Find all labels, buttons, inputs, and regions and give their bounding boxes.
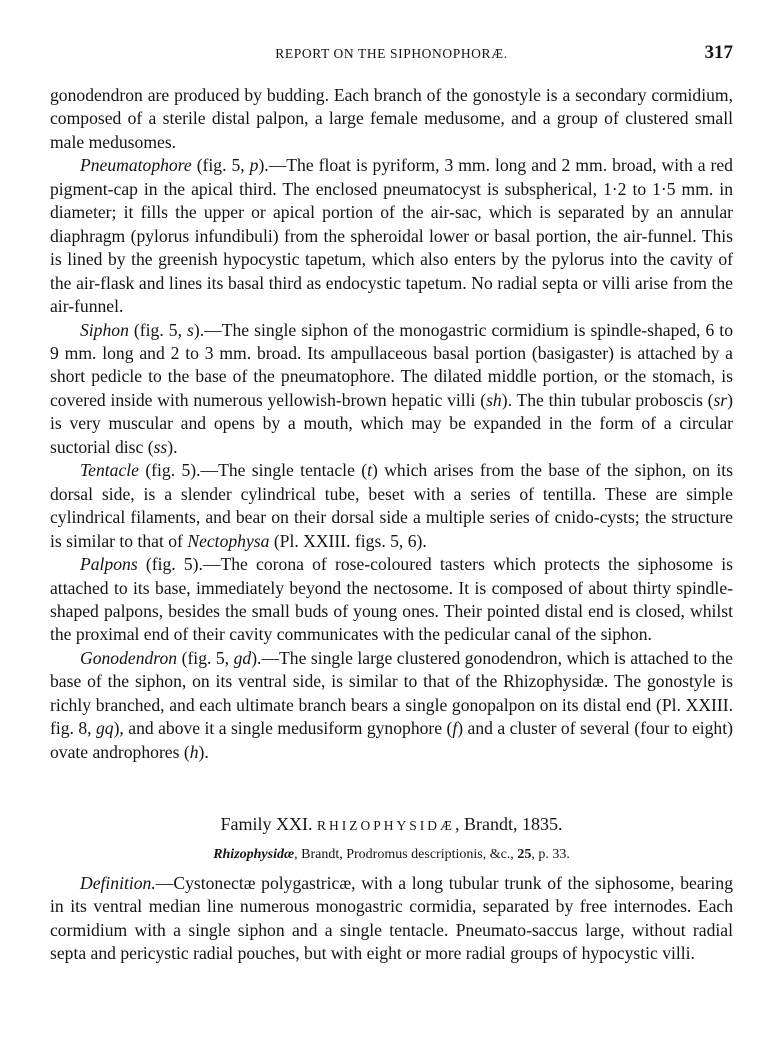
figure-ref: (fig. 5).— — [139, 460, 218, 480]
document-page: REPORT ON THE SIPHONOPHORÆ. 317 gonodend… — [0, 0, 776, 1050]
paragraph-text: The single tentacle ( — [218, 460, 367, 480]
family-name: Rhizophysidæ — [317, 818, 455, 833]
term-pneumatophore: Pneumatophore — [80, 155, 192, 175]
family-authority: , Brandt, 1835. — [455, 814, 563, 834]
term-definition: Definition. — [80, 873, 156, 893]
citation-taxon: Rhizophysidæ — [213, 847, 294, 862]
paragraph-palpons: Palpons (fig. 5).—The corona of rose-col… — [50, 553, 733, 647]
dash: — — [156, 873, 174, 893]
label-sr: sr — [713, 390, 727, 410]
body-text: gonodendron are produced by budding. Eac… — [50, 84, 733, 764]
figure-ref: (fig. 5).— — [138, 554, 221, 574]
paragraph-intro: gonodendron are produced by budding. Eac… — [50, 84, 733, 154]
running-title: REPORT ON THE SIPHONOPHORÆ. — [50, 46, 733, 62]
family-title: Family XXI. Rhizophysidæ, Brandt, 1835. — [50, 812, 733, 838]
term-palpons: Palpons — [80, 554, 138, 574]
paragraph-siphon: Siphon (fig. 5, s).—The single siphon of… — [50, 319, 733, 460]
figure-ref-close: ).— — [251, 648, 279, 668]
figure-ref: (fig. 5, — [129, 320, 187, 340]
family-number: Family XXI. — [220, 814, 317, 834]
term-gonodendron: Gonodendron — [80, 648, 177, 668]
paragraph-text: (Pl. XXIII. figs. 5, 6). — [269, 531, 426, 551]
paragraph-text: ). The thin tubular proboscis ( — [502, 390, 714, 410]
figure-ref: (fig. 5, — [177, 648, 234, 668]
term-siphon: Siphon — [80, 320, 129, 340]
term-tentacle: Tentacle — [80, 460, 139, 480]
citation-volume: 25 — [517, 847, 531, 862]
figure-ref: (fig. 5, — [192, 155, 250, 175]
label-sh: sh — [486, 390, 502, 410]
paragraph-pneumatophore: Pneumatophore (fig. 5, p).—The float is … — [50, 154, 733, 318]
paragraph-text: ). — [167, 437, 177, 457]
paragraph-definition: Definition.—Cystonectæ polygastricæ, wit… — [50, 872, 733, 966]
definition-block: Definition.—Cystonectæ polygastricæ, wit… — [50, 872, 733, 966]
label-gq: gq — [96, 718, 114, 738]
section-heading: Family XXI. Rhizophysidæ, Brandt, 1835. … — [50, 812, 733, 865]
genus-nectophysa: Nectophysa — [187, 531, 269, 551]
paragraph-gonodendron: Gonodendron (fig. 5, gd).—The single lar… — [50, 647, 733, 764]
figure-ref-close: ).— — [258, 155, 286, 175]
citation: Rhizophysidæ, Brandt, Prodromus descript… — [50, 845, 733, 865]
figure-ref-letter: gd — [234, 648, 252, 668]
paragraph-text: ), and above it a single medusiform gyno… — [114, 718, 453, 738]
running-header: REPORT ON THE SIPHONOPHORÆ. 317 — [50, 42, 733, 66]
citation-page: , p. 33. — [531, 847, 570, 862]
page-number: 317 — [705, 42, 734, 64]
label-h: h — [190, 742, 199, 762]
paragraph-text: ). — [199, 742, 209, 762]
paragraph-text: The float is pyriform, 3 mm. long and 2 … — [50, 155, 733, 316]
figure-ref-letter: s — [187, 320, 194, 340]
label-ss: ss — [154, 437, 168, 457]
citation-text: , Brandt, Prodromus descriptionis, &c., — [294, 847, 517, 862]
paragraph-tentacle: Tentacle (fig. 5).—The single tentacle (… — [50, 459, 733, 553]
figure-ref-close: ).— — [194, 320, 222, 340]
